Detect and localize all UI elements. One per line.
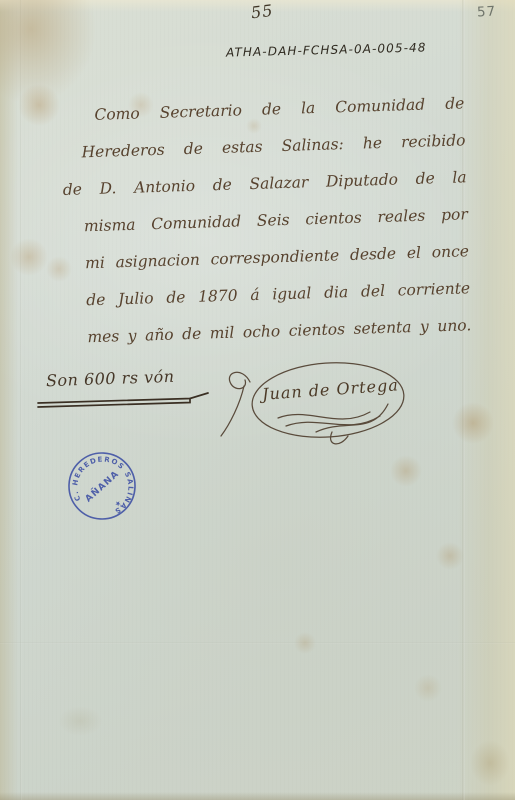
page-number-pencil: 57 bbox=[477, 4, 497, 21]
document-scan: { "document": { "folio_number": "55", "p… bbox=[0, 0, 515, 800]
paper-crease bbox=[0, 642, 515, 644]
paper-crease bbox=[20, 0, 22, 800]
community-stamp: C. HEREDEROS SALINAS AÑANA ★ bbox=[64, 448, 140, 524]
receipt-text: Como Secretario de la Comunidad de Hered… bbox=[60, 88, 472, 360]
paper-edge-right bbox=[457, 0, 515, 800]
amount-double-underline bbox=[36, 392, 214, 412]
folio-number: 55 bbox=[250, 1, 275, 23]
stamp-center-text: AÑANA bbox=[83, 468, 122, 504]
paper-edge-bottom bbox=[0, 792, 515, 800]
signature-block: Juan de Ortega bbox=[220, 356, 410, 448]
paper-edge-left bbox=[0, 0, 18, 800]
signature-flourish bbox=[220, 356, 410, 448]
